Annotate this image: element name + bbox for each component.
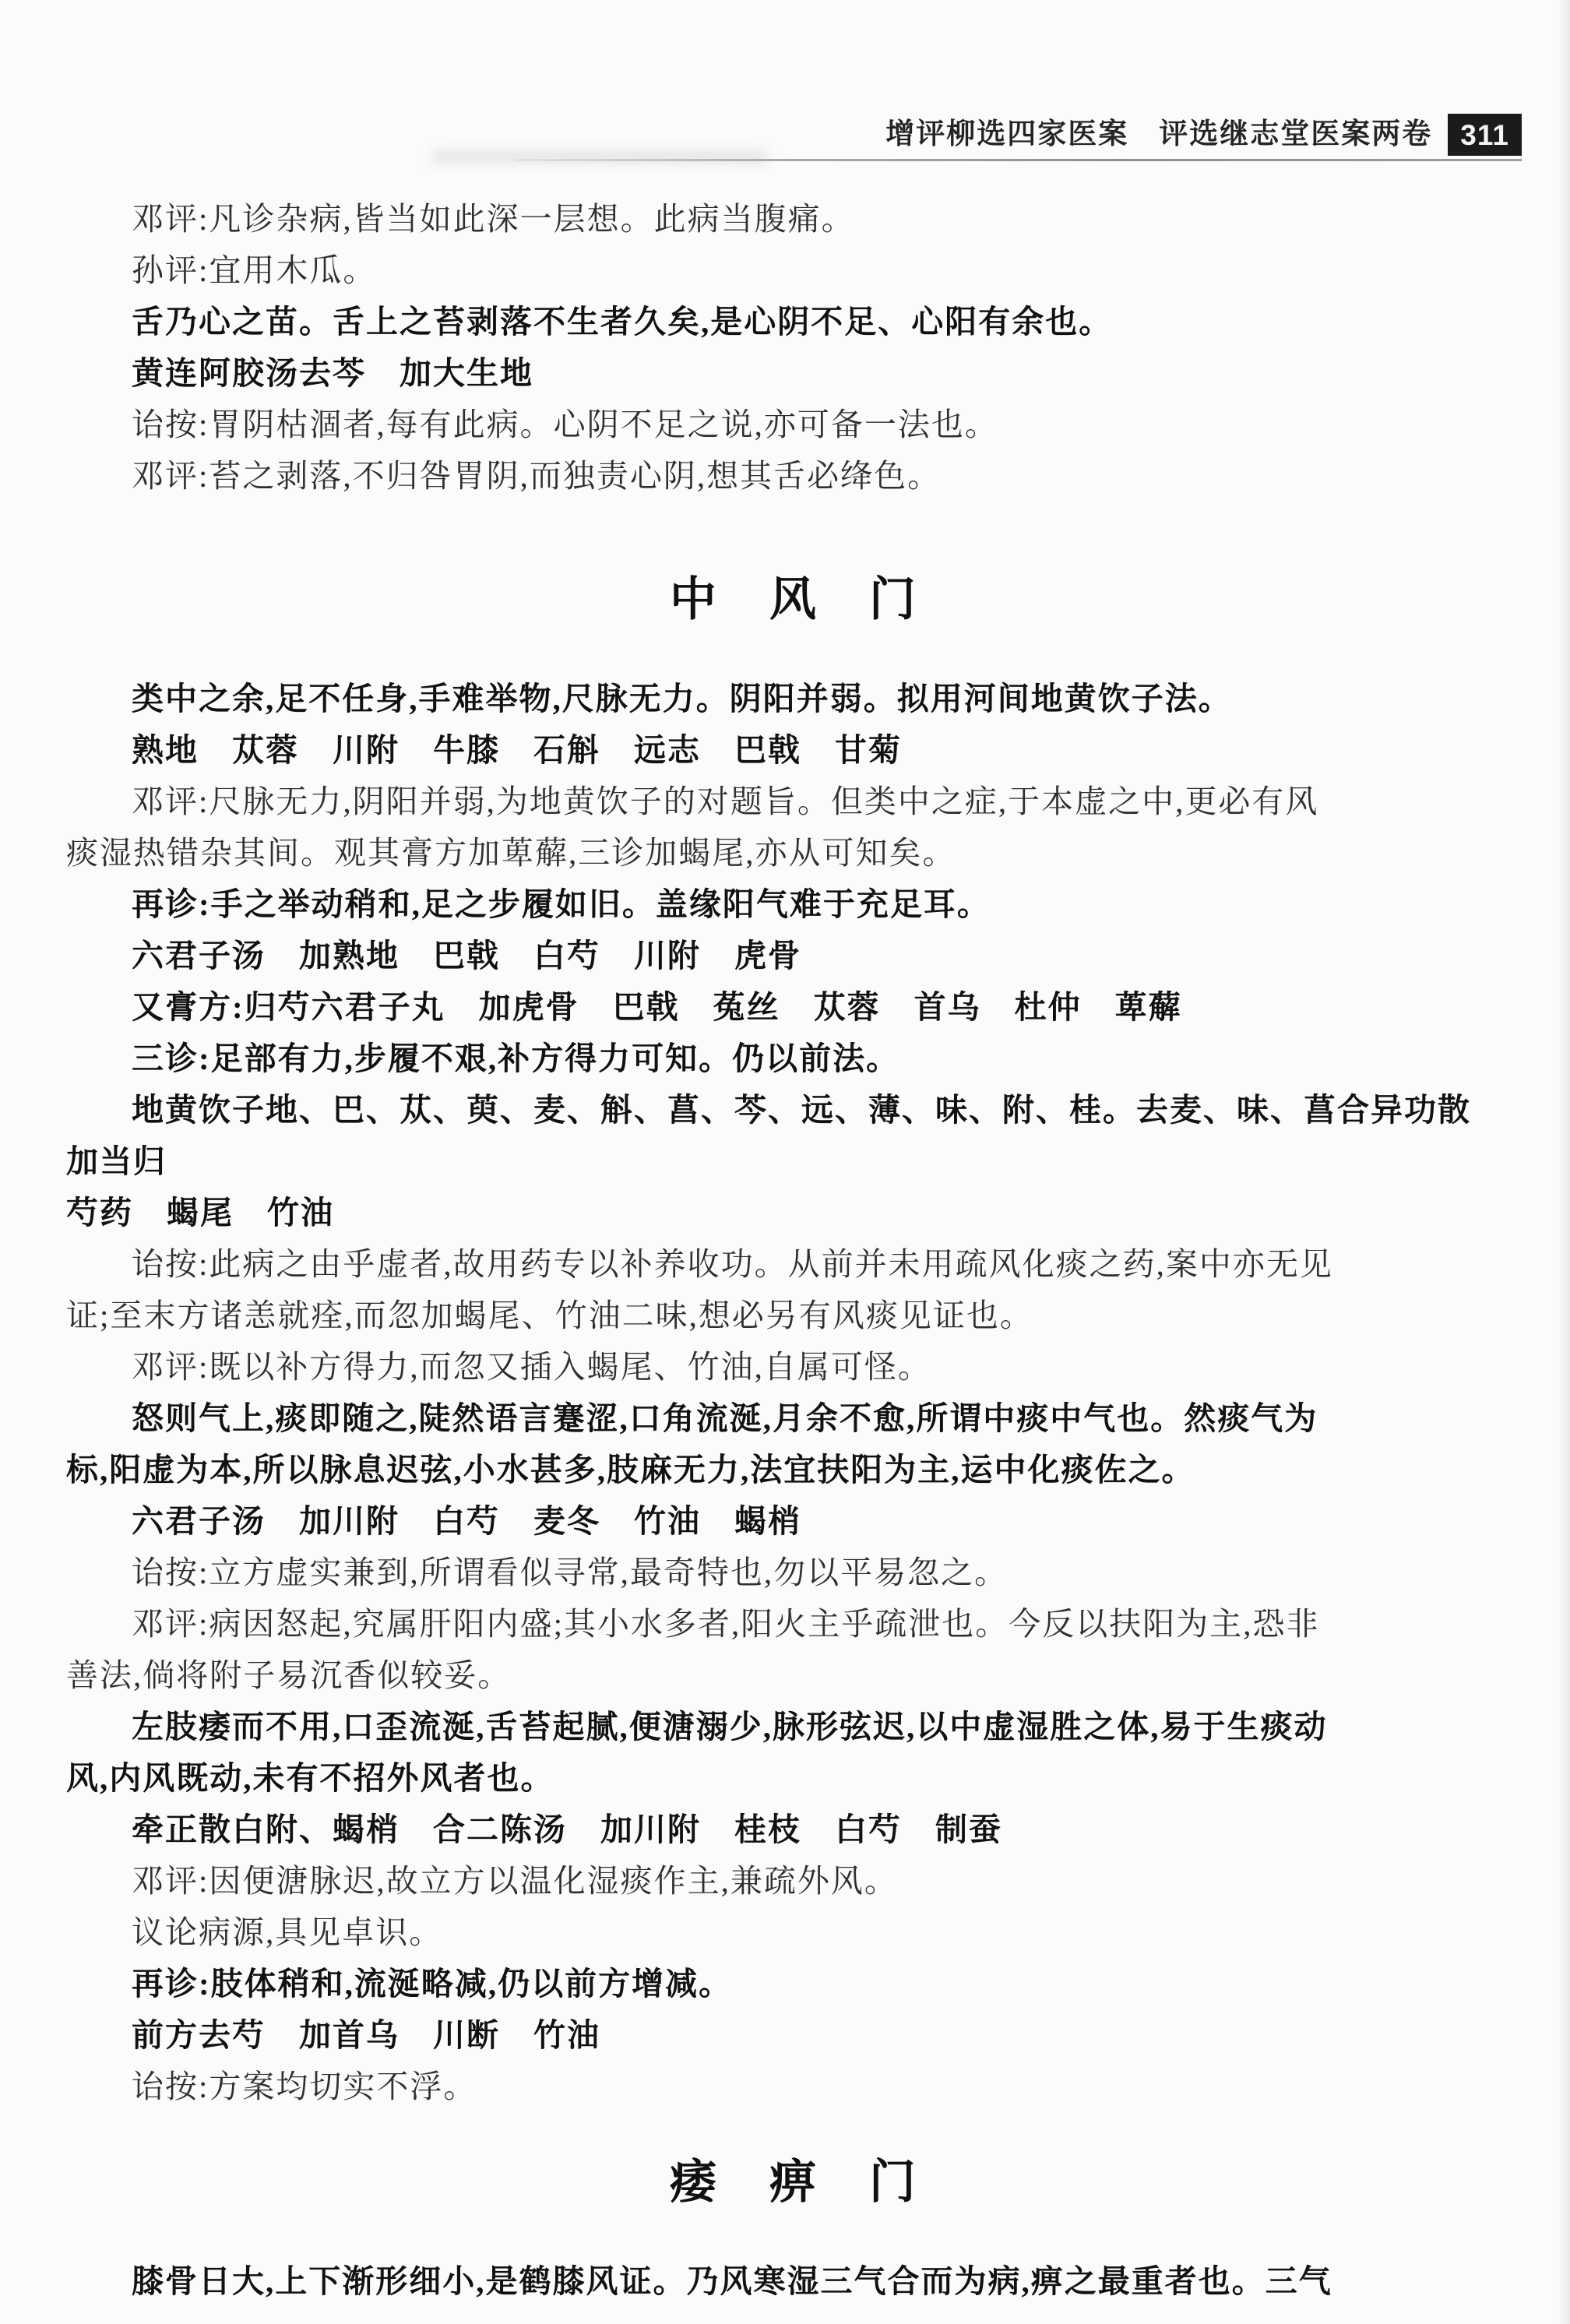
text-line: 证;至末方诸恙就痊,而忽加蝎尾、竹油二味,想必另有风痰见证也。 [66,1290,1522,1341]
text-line: 痰湿热错杂其间。观其膏方加萆薢,三诊加蝎尾,亦从可知矣。 [66,827,1522,879]
text-line: 熟地 苁蓉 川附 牛膝 石斛 远志 巴戟 甘菊 [66,724,1522,776]
text-line: 三诊:足部有力,步履不艰,补方得力可知。仍以前法。 [66,1033,1522,1084]
running-title: 增评柳选四家医案 评选继志堂医案两卷 [885,118,1432,152]
text-line: 六君子汤 加熟地 巴戟 白芍 川附 虎骨 [66,930,1522,981]
text-line: 风,内风既动,未有不招外风者也。 [66,1752,1522,1804]
text-line: 再诊:肢体稍和,流涎略减,仍以前方增减。 [66,1958,1522,2009]
text-line: 诒按:方案均切实不浮。 [66,2061,1522,2112]
text-line: 诒按:此病之由乎虚者,故用药专以补养收功。从前并未用疏风化痰之药,案中亦无见 [66,1238,1522,1290]
text-line: 舌乃心之苗。舌上之苔剥落不生者久矣,是心阴不足、心阳有余也。 [66,296,1522,347]
page-header: 增评柳选四家医案 评选继志堂医案两卷 311 [885,114,1522,156]
scan-edge-shadow [1558,0,1570,2324]
header-rule [514,159,1522,161]
section-heading: 中 风 门 [66,567,1522,632]
text-line: 膝骨日大,上下渐形细小,是鹤膝风证。乃风寒湿三气合而为病,痹之最重者也。三气 [66,2255,1522,2307]
text-line: 议论病源,具见卓识。 [66,1907,1522,1958]
text-line: 左肢痿而不用,口歪流涎,舌苔起腻,便溏溺少,脉形弦迟,以中虚湿胜之体,易于生痰动 [66,1701,1522,1752]
text-line: 类中之余,足不任身,手难举物,尺脉无力。阴阳并弱。拟用河间地黄饮子法。 [66,673,1522,724]
text-line: 地黄饮子地、巴、苁、萸、麦、斛、菖、芩、远、薄、味、附、桂。去麦、味、菖合异功散… [66,1084,1522,1187]
text-line: 标,阳虚为本,所以脉息迟弦,小水甚多,肢麻无力,法宜扶阳为主,运中化痰佐之。 [66,1444,1522,1495]
text-line: 怒则气上,痰即随之,陡然语言蹇涩,口角流涎,月余不愈,所谓中痰中气也。然痰气为 [66,1393,1522,1444]
text-line: 邓评:尺脉无力,阴阳并弱,为地黄饮子的对题旨。但类中之症,于本虚之中,更必有风 [66,776,1522,827]
text-line: 牵正散白附、蝎梢 合二陈汤 加川附 桂枝 白芍 制蚕 [66,1804,1522,1855]
text-line: 六君子汤 加川附 白芍 麦冬 竹油 蝎梢 [66,1495,1522,1547]
text-line: 邓评:因便溏脉迟,故立方以温化湿痰作主,兼疏外风。 [66,1855,1522,1907]
scan-smudge [432,150,767,164]
book-page: 增评柳选四家医案 评选继志堂医案两卷 311 邓评:凡诊杂病,皆当如此深一层想。… [0,0,1570,2324]
text-line: 孙评:宜用木瓜。 [66,245,1522,296]
text-line: 邓评:苔之剥落,不归咎胃阴,而独责心阴,想其舌必绛色。 [66,450,1522,502]
text-line: 黄连阿胶汤去芩 加大生地 [66,347,1522,399]
text-line: 芍药 蝎尾 竹油 [66,1187,1522,1238]
page-number-badge: 311 [1448,114,1522,156]
text-line: 邓评:既以补方得力,而忽又插入蝎尾、竹油,自属可怪。 [66,1341,1522,1393]
text-line: 诒按:立方虚实兼到,所谓看似寻常,最奇特也,勿以平易忽之。 [66,1547,1522,1598]
text-line: 邓评:凡诊杂病,皆当如此深一层想。此病当腹痛。 [66,193,1522,245]
section-heading: 痿 痹 门 [66,2150,1522,2215]
text-line: 前方去芍 加首乌 川断 竹油 [66,2009,1522,2061]
text-line: 诒按:胃阴枯涸者,每有此病。心阴不足之说,亦可备一法也。 [66,399,1522,450]
text-line: 善法,倘将附子易沉香似较妥。 [66,1650,1522,1701]
text-line: 再诊:手之举动稍和,足之步履如旧。盖缘阳气难于充足耳。 [66,879,1522,930]
text-line: 邓评:病因怒起,究属肝阳内盛;其小水多者,阳火主乎疏泄也。今反以扶阳为主,恐非 [66,1598,1522,1650]
body-text: 邓评:凡诊杂病,皆当如此深一层想。此病当腹痛。孙评:宜用木瓜。舌乃心之苗。舌上之… [66,193,1522,2307]
text-line: 又膏方:归芍六君子丸 加虎骨 巴戟 菟丝 苁蓉 首乌 杜仲 萆薢 [66,981,1522,1033]
